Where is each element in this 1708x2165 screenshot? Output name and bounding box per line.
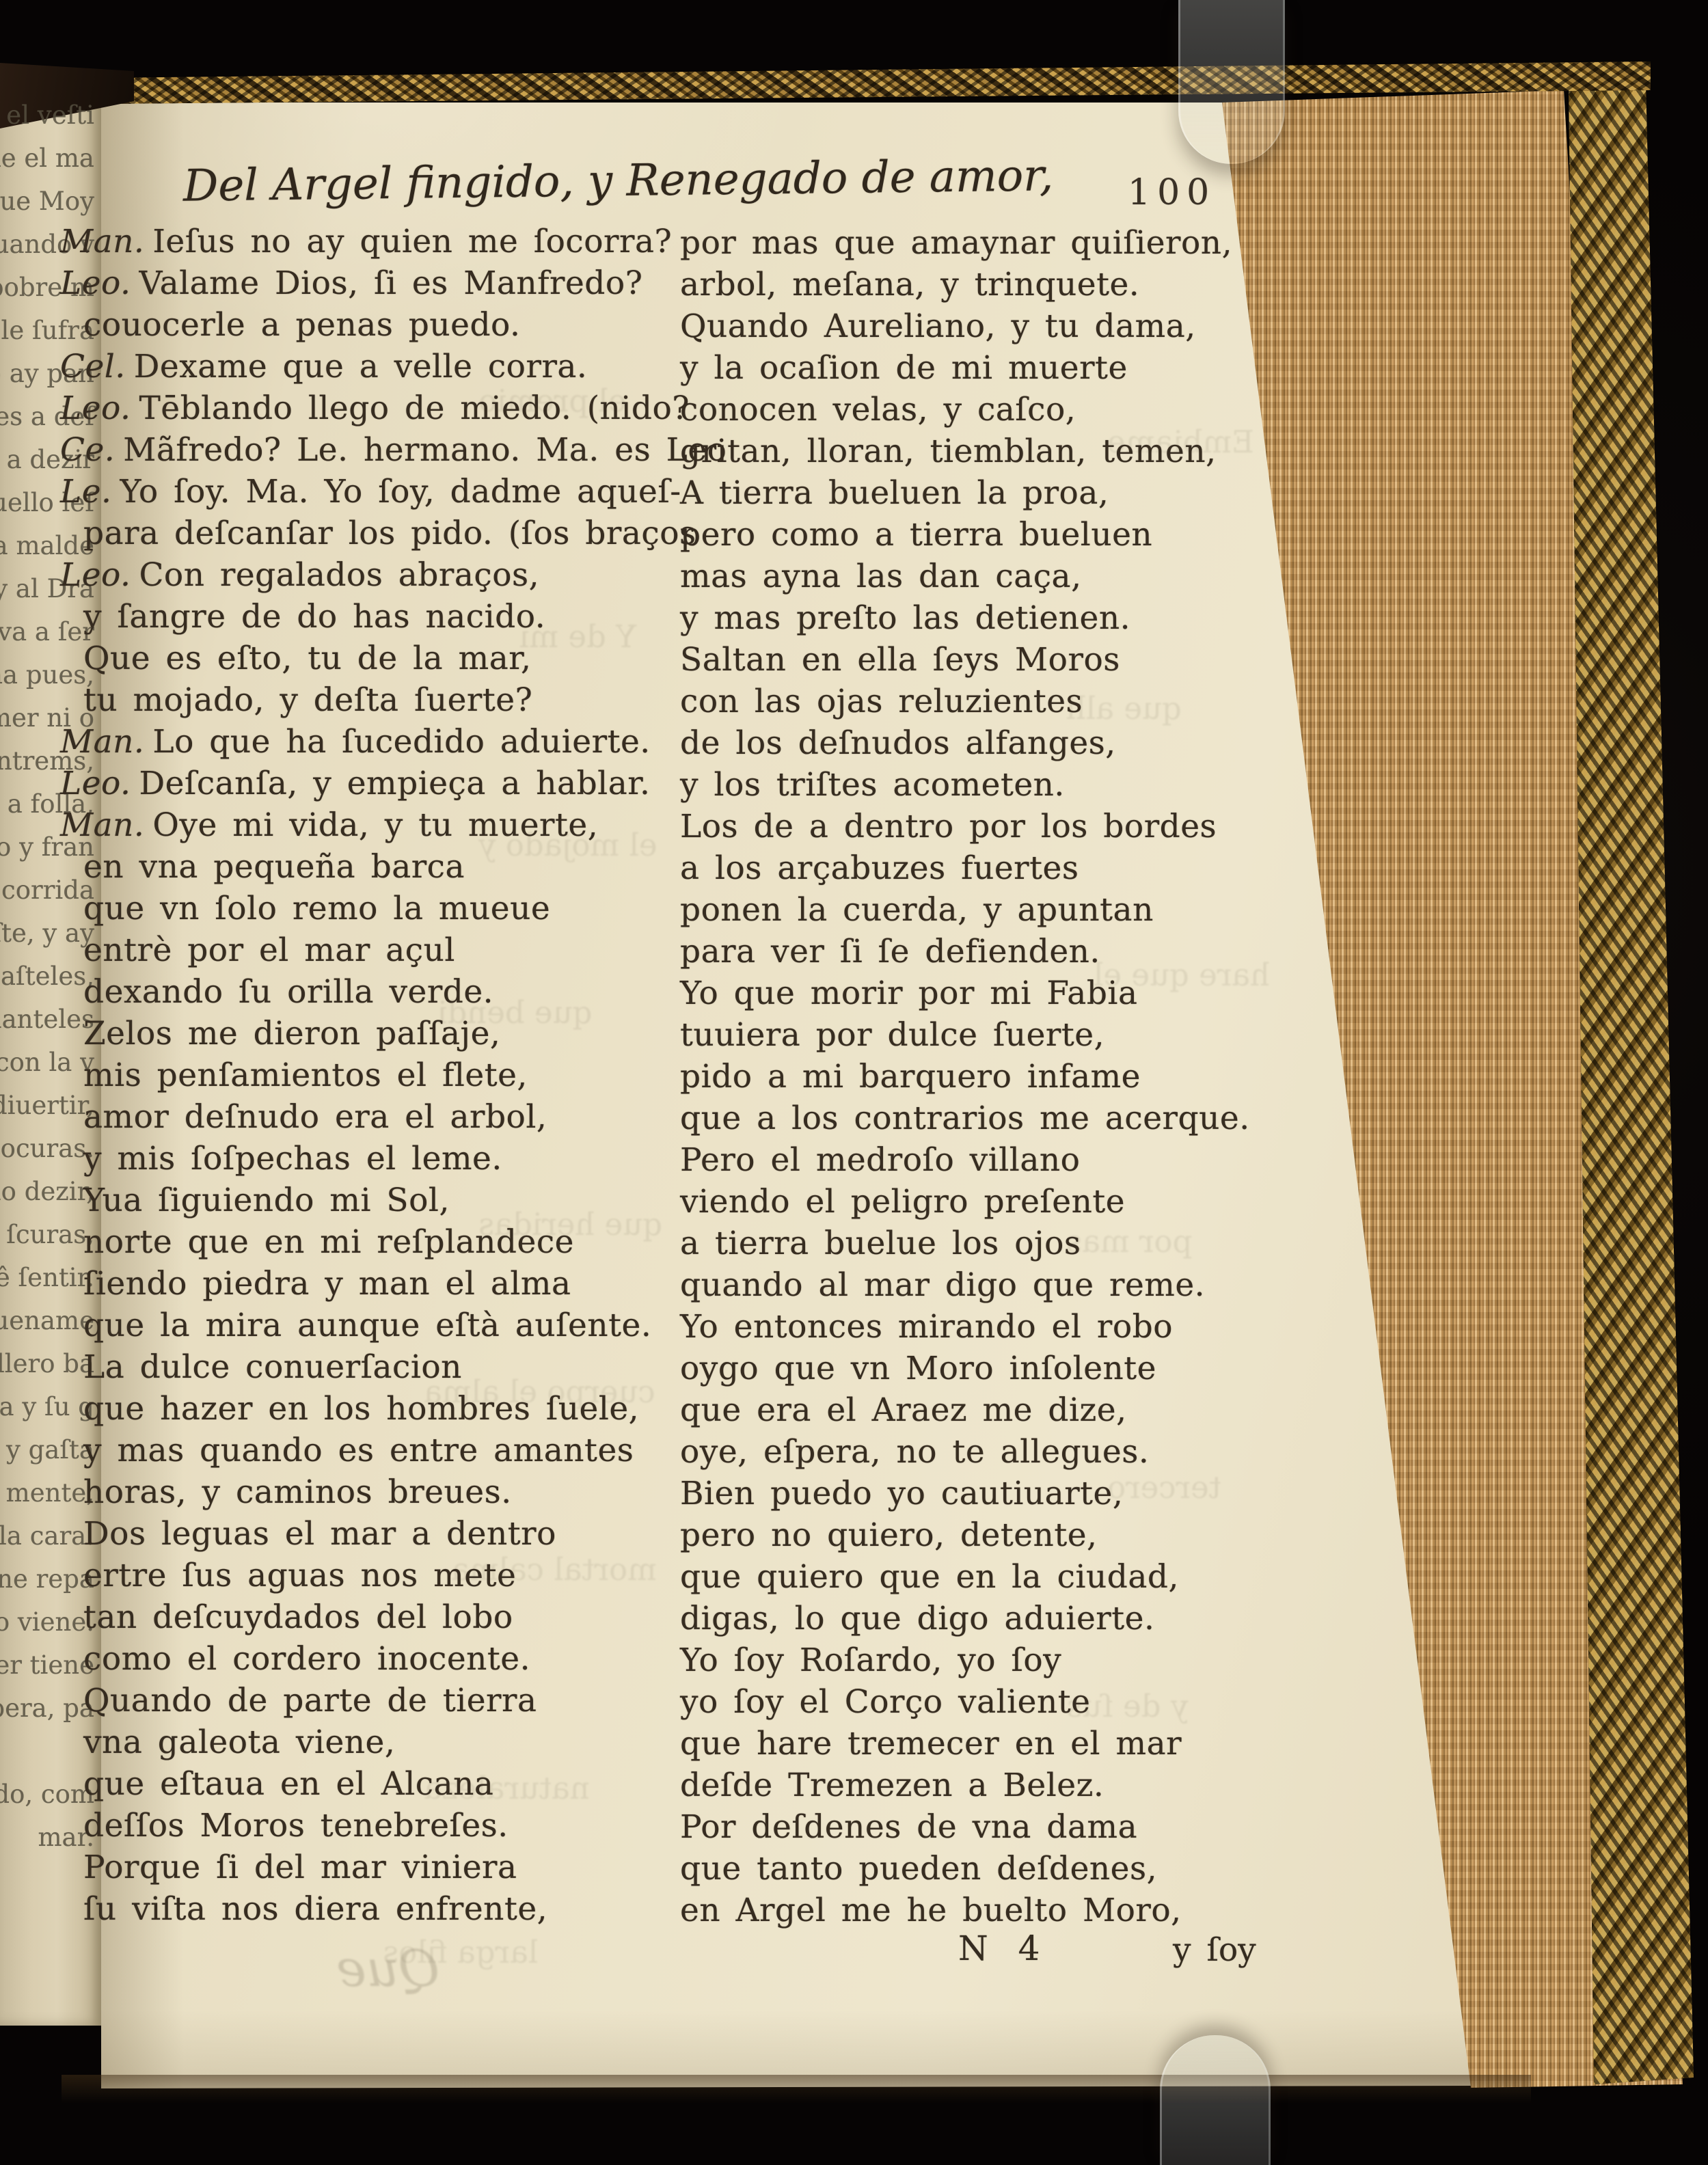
verse-line: Por deſdenes de vna dama: [680, 1811, 1137, 1843]
verse-line: Bien puedo yo cautiuarte,: [680, 1478, 1123, 1510]
verse-line: ertre ſus aguas nos mete: [60, 1560, 516, 1592]
verse-line: oye, eſpera, no te allegues.: [680, 1436, 1149, 1468]
verse-line: con las ojas reluzientes: [680, 685, 1083, 718]
verse-line: deſde Tremezen a Belez.: [680, 1769, 1104, 1801]
verse-line: Zelos me dieron paſſaje,: [60, 1018, 500, 1050]
verse-line: por mas que amaynar quiſieron,: [680, 227, 1232, 259]
verse-line: ſu viſta nos diera enfrente,: [60, 1893, 547, 1925]
verse-line: Los de a dentro por los bordes: [680, 811, 1217, 843]
verse-line: Leo.Deſcanſa, y empieça a hablar.: [60, 767, 650, 800]
verse-line: Man.Oye mi vida, y tu muerte,: [60, 809, 598, 841]
verse-line: amor deſnudo era el arbol,: [60, 1101, 547, 1133]
speaker-prefix: Man.: [60, 723, 144, 761]
verse-line: horas, y caminos breues.: [60, 1476, 512, 1508]
verse-line: Porque ſi del mar viniera: [60, 1851, 517, 1883]
verse-line: Yo que morir por mi Fabia: [680, 977, 1137, 1009]
book-photo: re el veſtiie el maos que Moyuando va po…: [0, 0, 1708, 2165]
verse-line: Yo ſoy Roſardo, yo ſoy: [680, 1644, 1061, 1676]
verse-line: deſſos Moros tenebreſes.: [60, 1810, 509, 1842]
verse-line: entrè por el mar açul: [60, 934, 455, 966]
verse-line: ponen la cuerda, y apuntan: [680, 894, 1154, 926]
verse-line: y ſangre de do has nacido.: [60, 601, 545, 633]
verse-line: a los arçabuzes fuertes: [680, 852, 1079, 884]
verse-line: dexando ſu orilla verde.: [60, 976, 493, 1008]
verse-line: para ver ſi ſe defienden.: [680, 936, 1100, 968]
verse-line: que la mira aunque eſtà auſente.: [60, 1309, 651, 1342]
verse-line: gritan, lloran, tiemblan, temen,: [680, 435, 1217, 467]
catchword: y ſoy: [1173, 1931, 1256, 1969]
verse-line: Leo.Con regalados abraços,: [60, 559, 539, 591]
verse-line: pero no quiero, detente,: [680, 1519, 1097, 1551]
verse-line: y mas preſto las detienen.: [680, 602, 1130, 634]
speaker-prefix: Man.: [60, 806, 144, 844]
verse-line: Dos leguas el mar a dentro: [60, 1518, 556, 1550]
plastic-strap-top: [1178, 0, 1285, 164]
verse-line: y la ocaſion de mi muerte: [680, 352, 1128, 384]
speaker-prefix: Leo.: [60, 264, 131, 302]
verse-line: y mis ſoſpechas el leme.: [60, 1143, 502, 1175]
speaker-prefix: Leo.: [60, 765, 131, 802]
ghost-catchword: Que: [336, 1939, 440, 1998]
verse-line: oygo que vn Moro inſolente: [680, 1352, 1156, 1385]
verse-line: tan deſcuydados del lobo: [60, 1601, 513, 1633]
verse-line: quando al mar digo que reme.: [680, 1269, 1205, 1301]
verse-line: Ce.Mãfredo? Le. hermano. Ma. es Leo: [60, 434, 727, 466]
verse-line: Yua ſiguiendo mi Sol,: [60, 1184, 450, 1216]
verse-line: en vna pequeña barca: [60, 851, 465, 883]
verse-line: y los triſtes acometen.: [680, 769, 1065, 801]
page-title: Del Argel fingido, y Renegado de amor,: [183, 150, 1052, 212]
verse-line: tu mojado, y deſta ſuerte?: [60, 684, 532, 716]
speaker-prefix: Ce.: [60, 431, 115, 469]
verse-line: para deſcanſar los pido. (ſos braços: [60, 517, 696, 549]
verse-line: a tierra buelue los ojos: [680, 1227, 1081, 1259]
verse-line: de los deſnudos alfanges,: [680, 727, 1116, 759]
verse-line: en Argel me he buelto Moro,: [680, 1894, 1182, 1926]
verse-line: mis penſamientos el flete,: [60, 1059, 528, 1091]
verse-line: mas ayna las dan caça,: [680, 560, 1082, 593]
speaker-prefix: Leo.: [60, 556, 131, 594]
verse-line: Pero el medroſo villano: [680, 1144, 1080, 1176]
page-bottom-shadow: [62, 2075, 1531, 2103]
verse-line: Man.Lo que ha ſucedido aduierte.: [60, 726, 651, 758]
verse-line: y mas quando es entre amantes: [60, 1434, 634, 1467]
verse-line: pido a mi barquero infame: [680, 1061, 1141, 1093]
verse-line: norte que en mi reſplandece: [60, 1226, 574, 1258]
verse-line: que era el Araez me dize,: [680, 1394, 1127, 1426]
verse-line: que quiero que en la ciudad,: [680, 1561, 1179, 1593]
verse-line: que a los contrarios me acerque.: [680, 1102, 1250, 1134]
verse-line: ſiendo piedra y man el alma: [60, 1268, 571, 1300]
verse-line: La dulce conuerſacion: [60, 1351, 462, 1383]
speaker-prefix: Cel.: [60, 348, 126, 385]
verse-line: que tanto pueden deſdenes,: [680, 1853, 1157, 1885]
verse-line: viendo el peligro preſente: [680, 1186, 1125, 1218]
verse-line: que eſtaua en el Alcana: [60, 1768, 493, 1800]
speaker-prefix: Leo.: [60, 390, 131, 427]
page-number: 100: [1128, 172, 1216, 213]
verse-line: Quando Aureliano, y tu dama,: [680, 310, 1196, 342]
signature-mark: N 4: [958, 1929, 1049, 1968]
verse-line: conocen velas, y caſco,: [680, 394, 1076, 426]
verse-line: Cel.Dexame que a velle corra.: [60, 351, 587, 383]
verse-line: que vn ſolo remo la mueue: [60, 893, 550, 925]
verse-line: pero como a tierra bueluen: [680, 519, 1152, 551]
verse-line: Yo entonces mirando el robo: [680, 1311, 1173, 1343]
margin-fragment: re el veſti: [0, 103, 94, 128]
verse-line: Que es eſto, tu de la mar,: [60, 642, 531, 675]
speaker-prefix: Le.: [60, 473, 111, 510]
verse-line: como el cordero inocente.: [60, 1643, 530, 1675]
verse-line: Saltan en ella ſeys Moros: [680, 644, 1120, 676]
verse-line: arbol, meſana, y trinquete.: [680, 269, 1139, 301]
verse-line: yo ſoy el Corço valiente: [680, 1686, 1090, 1718]
verse-line: Quando de parte de tierra: [60, 1685, 537, 1717]
plastic-strap-bottom: [1160, 2035, 1271, 2165]
verse-line: que hare tremecer en el mar: [680, 1728, 1182, 1760]
verse-line: A tierra bueluen la proa,: [680, 477, 1109, 509]
verse-line: digas, lo que digo aduierte.: [680, 1603, 1154, 1635]
right-column: por mas que amaynar quiſieron,arbol, meſ…: [680, 227, 1309, 1949]
speaker-prefix: Man.: [60, 223, 144, 260]
verse-line: Le.Yo ſoy. Ma. Yo ſoy, dadme aqueſ-: [60, 476, 681, 508]
verse-line: Leo.Tēblando llego de miedo. (nido?: [60, 392, 690, 424]
verse-line: que hazer en los hombres ſuele,: [60, 1393, 639, 1425]
verse-line: vna galeota viene,: [60, 1726, 395, 1758]
margin-fragment: ie el ma: [0, 146, 94, 171]
verse-line: Leo.Valame Dios, ſi es Manfredo?: [60, 267, 642, 299]
verse-line: couocerle a penas puedo.: [60, 309, 520, 341]
verse-line: tuuiera por dulce ſuerte,: [680, 1019, 1104, 1051]
left-column: Man.Ieſus no ay quien me ſocorra?Leo.Val…: [60, 226, 675, 1948]
margin-fragment: os que Moy: [0, 189, 94, 214]
verse-line: Man.Ieſus no ay quien me ſocorra?: [60, 226, 672, 258]
